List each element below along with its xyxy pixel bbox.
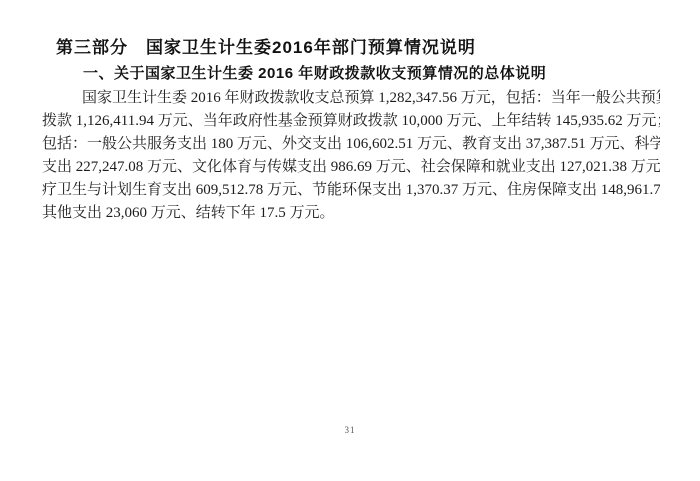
paragraph-line-4: 支出 227,247.08 万元、文化体育与传媒支出 986.69 万元、社会保… (42, 156, 660, 179)
body-paragraph: 国家卫生计生委 2016 年财政拨款收支总预算 1,282,347.56 万元，… (42, 87, 660, 225)
paragraph-line-5: 疗卫生与计划生育支出 609,512.78 万元、节能环保支出 1,370.37… (42, 179, 660, 202)
page-number: 31 (0, 425, 700, 435)
paragraph-line-2: 拨款 1,126,411.94 万元、当年政府性基金预算财政拨款 10,000 … (42, 110, 660, 133)
paragraph-line-1: 国家卫生计生委 2016 年财政拨款收支总预算 1,282,347.56 万元，… (42, 87, 660, 110)
subsection-heading: 一、关于国家卫生计生委 2016 年财政拨款收支预算情况的总体说明 (83, 62, 546, 83)
paragraph-line-6: 其他支出 23,060 万元、结转下年 17.5 万元。 (42, 202, 660, 225)
paragraph-line-3: 包括：一般公共服务支出 180 万元、外交支出 106,602.51 万元、教育… (42, 133, 660, 156)
document-page: 第三部分 国家卫生计生委2016年部门预算情况说明 一、关于国家卫生计生委 20… (0, 0, 700, 481)
section-title: 第三部分 国家卫生计生委2016年部门预算情况说明 (56, 33, 476, 58)
